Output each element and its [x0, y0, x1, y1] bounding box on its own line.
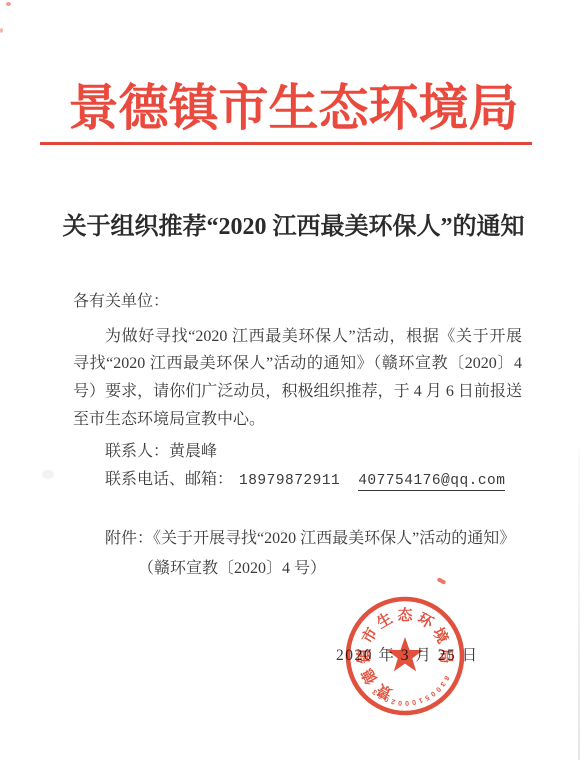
scan-speck — [0, 28, 3, 33]
seal-char: 局 — [437, 648, 454, 663]
contact-person-line: 联系人：黄晨峰 — [73, 441, 522, 463]
seal-code-digit: 3 — [438, 680, 446, 687]
seal-code-digit: 5 — [423, 693, 430, 701]
attachment-doc-number: （赣环宣教〔2020〕4 号） — [73, 558, 522, 580]
seal-star-icon — [387, 637, 423, 671]
seal-code-digit: 0 — [398, 699, 403, 706]
contact-phone: 18979872911 — [239, 473, 340, 489]
attachment-line: 附件：《关于开展寻找“2020 江西最美环保人”活动的通知》 — [73, 528, 522, 550]
contact-email[interactable]: 407754176@qq.com — [358, 473, 505, 491]
seal-code-digit: 0 — [434, 685, 442, 693]
seal-char: 态 — [397, 606, 413, 624]
seal-char: 镇 — [355, 648, 373, 664]
scan-smudge — [42, 470, 54, 479]
seal-code-digit: 0 — [405, 699, 409, 706]
scan-speck — [6, 2, 11, 6]
seal-code-digit: 8 — [442, 674, 450, 681]
seal-char: 境 — [429, 624, 452, 646]
document-page: 景德镇市生态环境局 关于组织推荐“2020 江西最美环保人”的通知 各有关单位：… — [0, 0, 587, 760]
page-edge-shadow — [578, 448, 580, 760]
body-line: 至市生态环境局宣教中心。 — [73, 409, 522, 431]
seal-char: 德 — [357, 665, 381, 688]
body-line: 为做好寻找“2020 江西最美环保人”活动，根据《关于开展 — [73, 326, 522, 348]
official-seal: 景德镇市生态环境局3602000150038 — [343, 594, 467, 718]
seal-code-digit: 0 — [411, 698, 416, 706]
body-line: 寻找“2020 江西最美环保人”活动的通知》（赣环宣教〔2020〕4 — [73, 353, 522, 375]
contact-detail-label: 联系电话、邮箱： — [105, 471, 233, 488]
seal-char: 市 — [358, 624, 381, 646]
salutation: 各有关单位： — [73, 291, 522, 313]
seal-code-digit: 1 — [417, 696, 423, 704]
contact-detail-line: 联系电话、邮箱：18979872911407754176@qq.com — [73, 469, 522, 492]
seal-code-digit: 0 — [429, 689, 436, 697]
seal-char: 环 — [414, 610, 436, 633]
body-line: 号）要求，请你们广泛动员，积极组织推荐，于 4 月 6 日前报送 — [73, 381, 522, 403]
seal-code-digit: 2 — [390, 697, 396, 705]
seal-char: 生 — [374, 610, 396, 632]
